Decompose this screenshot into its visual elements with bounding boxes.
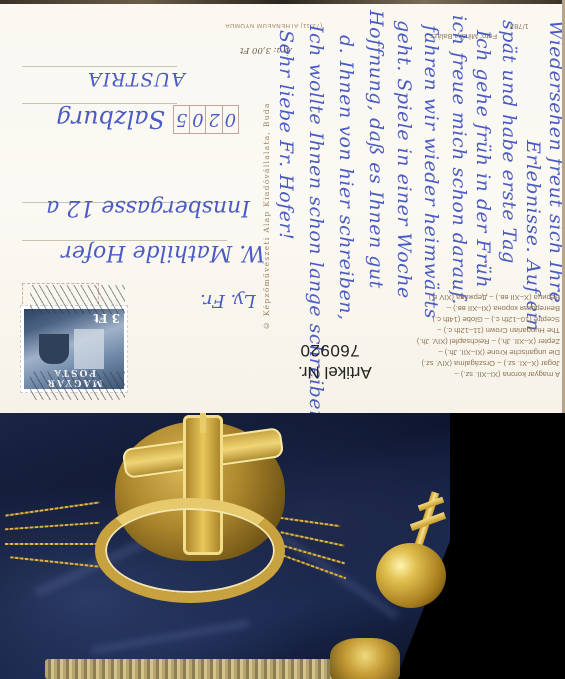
- sceptre-shaft: [45, 659, 345, 679]
- crown-pendant-chain: [5, 543, 100, 545]
- caption-line: A magyar korona (XI–XII. sz.) –: [360, 369, 560, 380]
- postmark-cancel-lines: [30, 285, 125, 400]
- article-label: Artikel Nr.: [298, 362, 372, 382]
- caption-line: Zepter (X–XII. Jh.) – Reichsapfel (XIV. …: [360, 336, 560, 347]
- caption-line: Верица (X–XII вв.) – Держава (XIV в.): [360, 292, 560, 303]
- sceptre-head: [330, 638, 400, 679]
- message-line: Ich gehe früh in der Früh: [472, 30, 494, 288]
- recipient-city: Salzburg: [45, 105, 165, 133]
- message-line: Wiedersehen freut sich Ihre: [545, 20, 565, 303]
- message-line: d. Ihnen von hier schreiben,: [335, 35, 357, 321]
- crown-cross: [200, 413, 206, 433]
- caption-line: The Hungarian Crown (11–12th c.) –: [360, 325, 560, 336]
- zip-digit: 0: [189, 106, 205, 133]
- recipient-country: AUSTRIA: [95, 68, 185, 90]
- caption-line: Sceptre (10–12th c.) – Globe (14th c.): [360, 314, 560, 325]
- message-line: fahren wir wieder heimwärts: [420, 25, 442, 319]
- message-line: spät und habe erste Tag: [498, 20, 520, 264]
- message-line: ich freue mich schon darauf.: [448, 15, 470, 305]
- address-rule: [22, 66, 177, 67]
- postcard-front-photo: [0, 413, 565, 679]
- royal-orb: [376, 543, 446, 608]
- crown-ring: [95, 498, 285, 603]
- zip-digit: 5: [174, 106, 189, 133]
- caption-line: Die ungarische Krone (XI–XII. Jh.) –: [360, 347, 560, 358]
- message-line: Sehr liebe Fr. Hofer!: [275, 30, 297, 240]
- postcard-back: (73.11) ATHENAEUM NYOMDA Ára: 3,00 Ft Fo…: [0, 0, 565, 413]
- message-line: geht. Spiele in einer Woche: [393, 20, 415, 299]
- address-rule: [22, 103, 177, 104]
- message-line: Hoffnung, daß es Ihnen gut: [365, 10, 387, 289]
- article-number: 760920: [300, 340, 360, 360]
- printed-caption: A magyar korona (XI–XII. sz.) – Jogar (X…: [360, 292, 560, 380]
- caption-line: Венгерская корона (XI–XII вв.) –: [360, 303, 560, 314]
- caption-line: Jogar (X–XI. sz.) – Országalma (XIV. sz.…: [360, 358, 560, 369]
